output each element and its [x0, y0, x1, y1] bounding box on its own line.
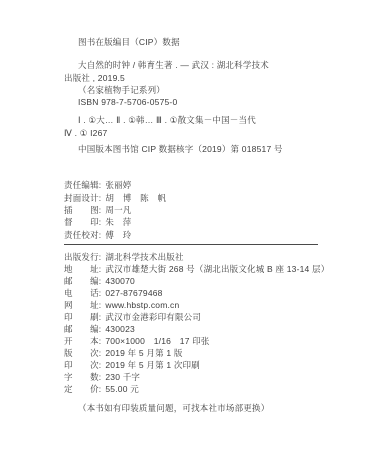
publication-label: 网 址:: [64, 300, 101, 310]
cip-description-line1: 大自然的时钟 / 韩育生著 . — 武汉 : 湖北科学技术: [64, 59, 320, 71]
publication-label: 电 话:: [64, 288, 101, 298]
publication-value: 2019 年 5 月第 1 版: [105, 348, 182, 358]
staff-row: 督 印:朱 萍: [64, 216, 320, 228]
publication-row: 出版发行:湖北科学技术出版社: [64, 251, 320, 263]
cip-heading: 图书在版编目（CIP）数据: [64, 36, 320, 48]
publication-value: 700×1000 1/16 17 印张: [105, 336, 209, 346]
publication-value: 武汉市雄楚大街 268 号（湖北出版文化城 B 座 13-14 层）: [105, 264, 329, 274]
staff-value: 傅 玲: [105, 230, 131, 240]
staff-row: 责任校对:傅 玲: [64, 229, 320, 241]
publication-row: 印 次:2019 年 5 月第 1 次印刷: [64, 359, 320, 371]
publication-info-list: 出版发行:湖北科学技术出版社 地 址:武汉市雄楚大街 268 号（湖北出版文化城…: [64, 251, 320, 395]
staff-value: 朱 萍: [105, 217, 131, 227]
publication-label: 版 次:: [64, 348, 101, 358]
staff-label: 封面设计:: [64, 193, 101, 203]
publication-label: 邮 编:: [64, 276, 101, 286]
publication-value: www.hbstp.com.cn: [105, 300, 179, 310]
cip-classification-line2: Ⅳ . ① I267: [64, 127, 320, 139]
quality-note: （本书如有印装质量问题，可找本社市场部更换）: [64, 402, 320, 414]
cip-description-block: 大自然的时钟 / 韩育生著 . — 武汉 : 湖北科学技术 出版社 , 2019…: [64, 59, 320, 108]
copyright-content: 图书在版编目（CIP）数据 大自然的时钟 / 韩育生著 . — 武汉 : 湖北科…: [64, 36, 320, 414]
publication-value: 55.00 元: [105, 384, 139, 394]
publication-label: 出版发行:: [64, 252, 101, 262]
staff-row: 封面设计:胡 博 陈 帆: [64, 192, 320, 204]
cip-classification-block: Ⅰ . ①大… Ⅱ . ①韩… Ⅲ . ①散文集－中国－当代 Ⅳ . ① I26…: [64, 114, 320, 139]
staff-value: 周一凡: [105, 205, 131, 215]
publication-value: 武汉市金港彩印有限公司: [105, 312, 201, 322]
publication-row: 印 刷:武汉市金港彩印有限公司: [64, 311, 320, 323]
publication-row: 邮 编:430023: [64, 323, 320, 335]
cip-series: （名家植物手记系列）: [64, 84, 320, 96]
book-copyright-page: 图书在版编目（CIP）数据 大自然的时钟 / 韩育生著 . — 武汉 : 湖北科…: [0, 0, 375, 451]
staff-label: 插 图:: [64, 205, 101, 215]
staff-row: 插 图:周一凡: [64, 204, 320, 216]
publication-row: 网 址:www.hbstp.com.cn: [64, 299, 320, 311]
staff-label: 责任编辑:: [64, 180, 101, 190]
cip-classification-line1: Ⅰ . ①大… Ⅱ . ①韩… Ⅲ . ①散文集－中国－当代: [64, 114, 320, 126]
publication-label: 地 址:: [64, 264, 101, 274]
publication-row: 版 次:2019 年 5 月第 1 版: [64, 347, 320, 359]
publication-row: 地 址:武汉市雄楚大街 268 号（湖北出版文化城 B 座 13-14 层）: [64, 263, 320, 275]
divider-line: [64, 244, 318, 245]
publication-value: 湖北科学技术出版社: [105, 252, 183, 262]
publication-row: 定 价:55.00 元: [64, 383, 320, 395]
staff-row: 责任编辑:张丽婷: [64, 179, 320, 191]
staff-value: 胡 博 陈 帆: [105, 193, 166, 203]
publication-label: 定 价:: [64, 384, 101, 394]
publication-row: 开 本:700×1000 1/16 17 印张: [64, 335, 320, 347]
publication-label: 开 本:: [64, 336, 101, 346]
publication-label: 邮 编:: [64, 324, 101, 334]
staff-label: 督 印:: [64, 217, 101, 227]
staff-value: 张丽婷: [105, 180, 131, 190]
publication-value: 430023: [105, 324, 135, 334]
cip-record-number: 中国版本图书馆 CIP 数据核字（2019）第 018517 号: [64, 143, 320, 155]
publication-label: 字 数:: [64, 372, 101, 382]
publication-row: 邮 编:430070: [64, 275, 320, 287]
publication-value: 027-87679468: [105, 288, 162, 298]
publication-value: 230 千字: [105, 372, 140, 382]
staff-credits-list: 责任编辑:张丽婷 封面设计:胡 博 陈 帆 插 图:周一凡 督 印:朱 萍 责任…: [64, 179, 320, 240]
cip-description-line2: 出版社 , 2019.5: [64, 72, 320, 84]
publication-row: 电 话:027-87679468: [64, 287, 320, 299]
publication-value: 2019 年 5 月第 1 次印刷: [105, 360, 200, 370]
publication-label: 印 刷:: [64, 312, 101, 322]
cip-isbn: ISBN 978-7-5706-0575-0: [64, 96, 320, 108]
publication-label: 印 次:: [64, 360, 101, 370]
publication-value: 430070: [105, 276, 135, 286]
staff-label: 责任校对:: [64, 230, 101, 240]
publication-row: 字 数:230 千字: [64, 371, 320, 383]
